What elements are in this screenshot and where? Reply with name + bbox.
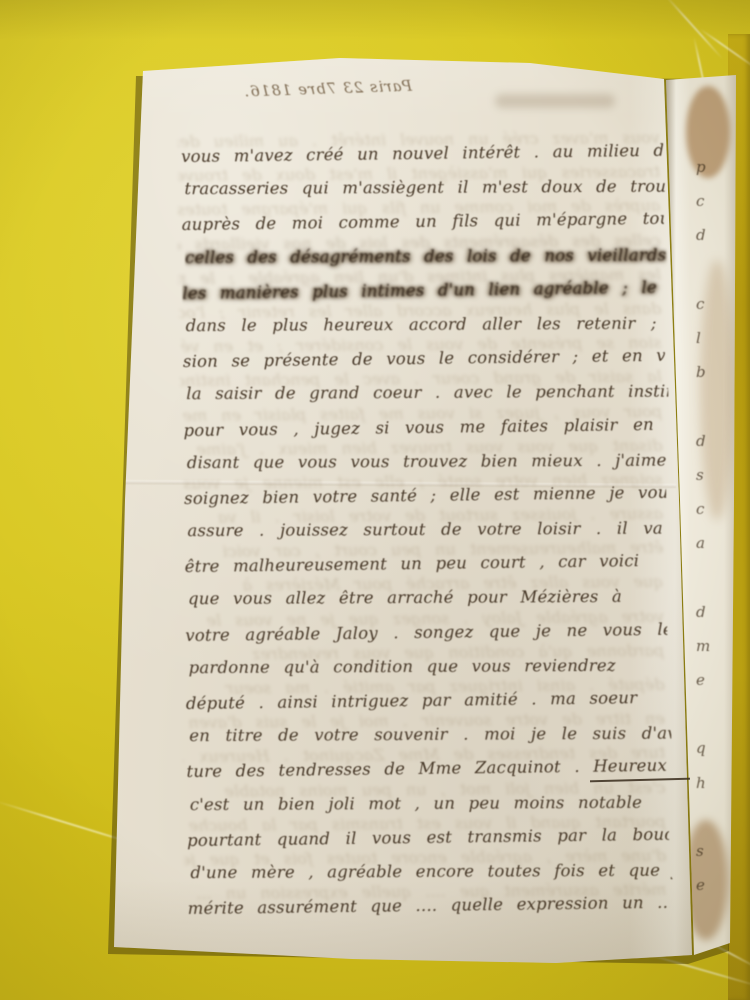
ink-bleed-smear: [495, 94, 615, 108]
letter-line: pour vous , jugez si vous me faites plai…: [183, 407, 665, 447]
facing-page-fragment: p: [696, 158, 706, 176]
letter-line: disant que vous vous trouvez bien mieux …: [187, 443, 669, 480]
facing-page-fragment: q: [696, 739, 706, 757]
facing-page-fragment: d: [696, 603, 706, 621]
letter-line: pardonne qu'à condition que vous reviend…: [189, 648, 671, 685]
letter-line: soignez bien votre santé ; elle est mien…: [184, 476, 666, 516]
letter-line: celles des désagréments des lois de nos …: [185, 238, 667, 275]
facing-page-fragment: m: [696, 637, 710, 655]
letter-line: tracasseries qui m'assiègent il m'est do…: [184, 170, 666, 207]
letter-line: auprès de moi comme un fils qui m'épargn…: [182, 202, 664, 242]
facing-page-fragment: a: [696, 534, 705, 552]
letter-line: votre agréable Jaloy . songez que je ne …: [185, 612, 667, 652]
letter-line: mérite assurément que .... quelle expres…: [188, 886, 670, 926]
letter-line: en titre de votre souvenir . moi je le s…: [189, 717, 671, 754]
letter-line: les manières plus intimes d'un lien agré…: [182, 270, 664, 310]
facing-page-fragment: c: [696, 295, 704, 313]
facing-page-fragment: e: [696, 876, 705, 894]
facing-page-fragment: c: [696, 500, 704, 518]
letter-line: assure . jouissez surtout de votre loisi…: [187, 512, 669, 549]
letter-line: pourtant quand il vous est transmis par …: [187, 817, 669, 857]
facing-page-fragments: pcdclbdscadmeqhse: [696, 0, 736, 1000]
crease-line: [664, 0, 723, 60]
letter-line: député . ainsi intriguez par amitié . ma…: [186, 681, 668, 721]
letter-line: d'une mère , agréable encore toutes fois…: [190, 854, 672, 891]
photo-of-handwritten-letter: pcdclbdscadmeqhse Paris 23 7bre 1816. vo…: [0, 0, 750, 1000]
letter-line: ture des tendresses de Mme Zacquinot . H…: [186, 749, 668, 789]
letter-line: c'est un bien joli mot , un peu moins no…: [190, 785, 672, 822]
facing-page-fragment: d: [696, 226, 706, 244]
letter-line: que vous allez être arraché pour Mézière…: [188, 580, 670, 617]
facing-page-fragment: e: [696, 671, 705, 689]
facing-page-fragment: c: [696, 192, 704, 210]
facing-page-fragment: h: [696, 774, 706, 792]
facing-page-fragment: s: [696, 842, 704, 860]
letter-line: être malheureusement un peu court , car …: [185, 544, 667, 584]
facing-page-fragment: b: [696, 363, 706, 381]
letter-line: dans le plus heureux accord aller les re…: [186, 307, 668, 344]
letter-line: vous m'avez créé un nouvel intérêt . au …: [181, 134, 663, 174]
facing-page-fragment: l: [696, 329, 701, 347]
letter-line: sion se présente de vous le considérer ;…: [183, 339, 665, 379]
facing-page-fragment: s: [696, 466, 704, 484]
letter-text: vous m'avez créé un nouvel intérêt . au …: [181, 135, 670, 925]
facing-page-fragment: d: [696, 432, 706, 450]
letter-line: la saisir de grand coeur . avec le pench…: [186, 375, 668, 412]
